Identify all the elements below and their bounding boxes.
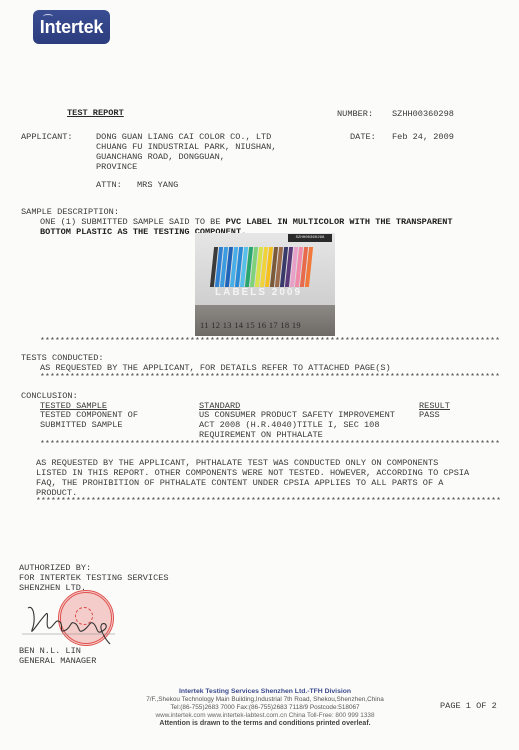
logo-text: Intertek <box>40 17 103 37</box>
photo-tag: SZHH00360298 <box>288 234 332 242</box>
note-line: AS REQUESTED BY THE APPLICANT, PHTHALATE… <box>36 458 438 468</box>
authorized-label: AUTHORIZED BY: <box>19 563 91 573</box>
separator-stars: ****************************************… <box>36 497 502 507</box>
sample-photo: LABELS 2009 11 12 13 14 15 16 17 18 19 S… <box>195 233 335 336</box>
colored-label-stripes <box>210 247 314 287</box>
number-label: NUMBER: <box>337 109 373 119</box>
tests-label: TESTS CONDUCTED: <box>21 353 104 363</box>
number-value: SZHH00360298 <box>392 109 454 119</box>
report-title: TEST REPORT <box>67 108 124 118</box>
logo-swoosh-icon <box>43 14 53 19</box>
row-standard-line: ACT 2008 (H.R.4040)TITLE I, SEC 108 <box>199 420 380 430</box>
row-standard-line: REQUIREMENT ON PHTHALATE <box>199 430 323 440</box>
row-sample-line: SUBMITTED SAMPLE <box>40 420 123 430</box>
sample-label: SAMPLE DESCRIPTION: <box>21 207 119 217</box>
separator-stars: ****************************************… <box>40 373 500 383</box>
sample-text-bold: PVC LABEL IN MULTICOLOR WITH THE TRANSPA… <box>226 217 453 227</box>
applicant-line: GUANCHANG ROAD, DONGGUAN, <box>96 152 225 162</box>
applicant-line: DONG GUAN LIANG CAI COLOR CO., LTD <box>96 132 271 142</box>
tests-text: AS REQUESTED BY THE APPLICANT, FOR DETAI… <box>40 363 391 373</box>
date-value: Feb 24, 2009 <box>392 132 454 142</box>
attn-value: MRS YANG <box>137 180 178 190</box>
ruler-ticks: 11 12 13 14 15 16 17 18 19 <box>200 320 301 330</box>
date-label: DATE: <box>350 132 376 142</box>
sample-line-1: ONE (1) SUBMITTED SAMPLE SAID TO BE PVC … <box>40 217 453 227</box>
separator-stars: ****************************************… <box>40 440 500 450</box>
row-result: PASS <box>419 410 440 420</box>
row-sample-line: TESTED COMPONENT OF <box>40 410 138 420</box>
photo-caption: LABELS 2009 <box>215 288 302 298</box>
authorized-org: FOR INTERTEK TESTING SERVICES <box>19 573 169 583</box>
row-standard-line: US CONSUMER PRODUCT SAFETY IMPROVEMENT <box>199 410 395 420</box>
intertek-logo: Intertek <box>33 10 110 44</box>
footer-attention: Attention is drawn to the terms and cond… <box>110 719 420 729</box>
separator-stars: ****************************************… <box>40 337 500 347</box>
applicant-line: CHUANG FU INDUSTRIAL PARK, NIUSHAN, <box>96 142 277 152</box>
applicant-line: PROVINCE <box>96 162 137 172</box>
note-line: FAQ, THE PROHIBITION OF PHTHALATE CONTEN… <box>36 478 443 488</box>
signatory-name: BEN N.L. LIN <box>19 646 81 656</box>
page-number: PAGE 1 OF 2 <box>440 701 497 711</box>
sample-text: ONE (1) SUBMITTED SAMPLE SAID TO BE <box>40 217 226 227</box>
attn-label: ATTN: <box>96 180 122 190</box>
conclusion-label: CONCLUSION: <box>21 391 78 401</box>
note-line: LISTED IN THIS REPORT. OTHER COMPONENTS … <box>36 468 469 478</box>
applicant-label: APPLICANT: <box>21 132 73 142</box>
signature <box>20 600 120 645</box>
signatory-title: GENERAL MANAGER <box>19 656 96 666</box>
